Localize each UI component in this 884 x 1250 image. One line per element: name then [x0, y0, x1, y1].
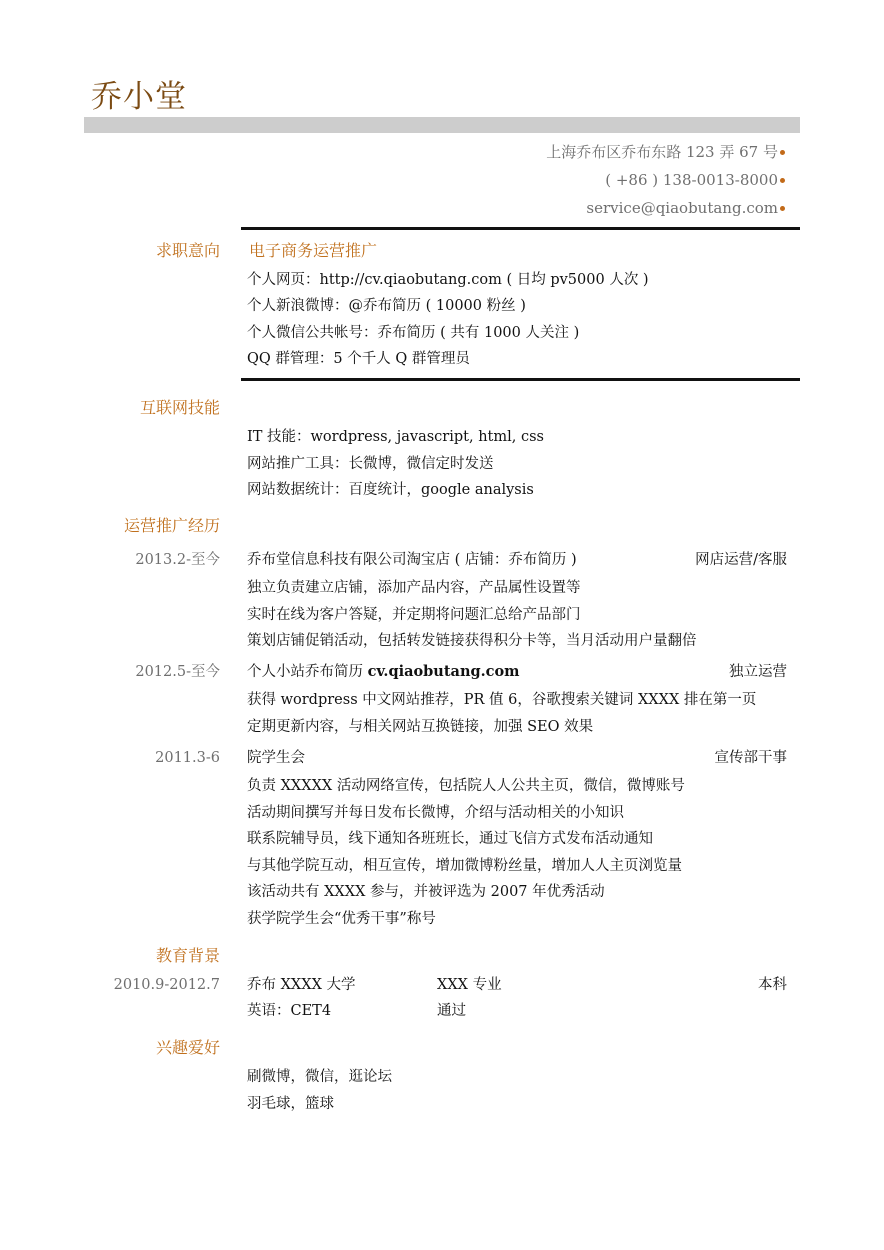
section-title-skills: 互联网技能 [60, 398, 220, 418]
resume-name: 乔小堂 [91, 78, 187, 116]
experience-date: 2012.5-至今 [60, 663, 220, 681]
education-english: 英语：CET4 [247, 1002, 331, 1020]
contact-phone: ( +86 ) 138-0013-8000 [278, 171, 778, 189]
education-degree: 本科 [758, 976, 787, 994]
experience-org-text: 个人小站乔布简历 [247, 664, 368, 680]
experience-item: 策划店铺促销活动，包括转发链接获得积分卡等，当月活动用户量翻倍 [247, 632, 697, 650]
experience-item: 该活动共有 XXXX 参与，并被评选为 2007 年优秀活动 [247, 883, 605, 901]
experience-role: 独立运营 [729, 663, 787, 681]
objective-bottom-rule [241, 378, 800, 381]
objective-item: 个人新浪微博：@乔布简历 ( 10000 粉丝 ) [247, 297, 526, 315]
experience-item: 与其他学院互动，相互宣传，增加微博粉丝量，增加人人主页浏览量 [247, 857, 682, 875]
experience-org: 乔布堂信息科技有限公司淘宝店 ( 店铺：乔布简历 ) [247, 551, 577, 569]
objective-top-rule [241, 227, 800, 230]
experience-date: 2013.2-至今 [60, 551, 220, 569]
experience-org: 个人小站乔布简历 cv.qiaobutang.com [247, 663, 520, 681]
experience-item: 联系院辅导员，线下通知各班班长，通过飞信方式发布活动通知 [247, 830, 653, 848]
experience-role: 网店运营/客服 [695, 551, 787, 569]
skill-item: 网站推广工具：长微博，微信定时发送 [247, 455, 494, 473]
hobby-item: 刷微博，微信，逛论坛 [247, 1068, 392, 1086]
education-major: XXX 专业 [437, 976, 502, 994]
experience-item: 获得 wordpress 中文网站推荐，PR 值 6，谷歌搜索关键词 XXXX … [247, 691, 756, 709]
objective-item: 个人微信公共帐号：乔布简历 ( 共有 1000 人关注 ) [247, 324, 579, 342]
education-english-result: 通过 [437, 1002, 466, 1020]
section-title-hobbies: 兴趣爱好 [60, 1038, 220, 1058]
experience-item: 定期更新内容，与相关网站互换链接，加强 SEO 效果 [247, 718, 593, 736]
experience-item: 实时在线为客户答疑，并定期将问题汇总给产品部门 [247, 606, 581, 624]
experience-item: 获学院学生会“优秀干事”称号 [247, 910, 436, 928]
education-date: 2010.9-2012.7 [60, 976, 220, 994]
objective-position: 电子商务运营推广 [249, 241, 377, 261]
skill-item: IT 技能：wordpress, javascript, html, css [247, 428, 544, 446]
experience-org-link: cv.qiaobutang.com [368, 663, 520, 680]
hobby-item: 羽毛球，篮球 [247, 1095, 334, 1113]
objective-item: QQ 群管理：5 个千人 Q 群管理员 [247, 350, 470, 368]
objective-item: 个人网页：http://cv.qiaobutang.com ( 日均 pv500… [247, 271, 649, 289]
bullet-icon [780, 178, 785, 183]
skill-item: 网站数据统计：百度统计，google analysis [247, 481, 534, 499]
section-title-experience: 运营推广经历 [60, 516, 220, 536]
contact-address: 上海乔布区乔布东路 123 弄 67 号 [278, 143, 778, 161]
experience-item: 活动期间撰写并每日发布长微博，介绍与活动相关的小知识 [247, 804, 624, 822]
section-title-education: 教育背景 [60, 946, 220, 966]
experience-item: 独立负责建立店铺，添加产品内容，产品属性设置等 [247, 579, 581, 597]
experience-org: 院学生会 [247, 749, 305, 767]
header-divider-bar [84, 117, 800, 133]
section-title-objective: 求职意向 [60, 241, 220, 261]
contact-email: service@qiaobutang.com [278, 199, 778, 217]
bullet-icon [780, 206, 785, 211]
education-school: 乔布 XXXX 大学 [247, 976, 356, 994]
bullet-icon [780, 150, 785, 155]
experience-date: 2011.3-6 [60, 749, 220, 767]
experience-item: 负责 XXXXX 活动网络宣传，包括院人人公共主页，微信，微博账号 [247, 777, 685, 795]
experience-role: 宣传部干事 [715, 749, 788, 767]
